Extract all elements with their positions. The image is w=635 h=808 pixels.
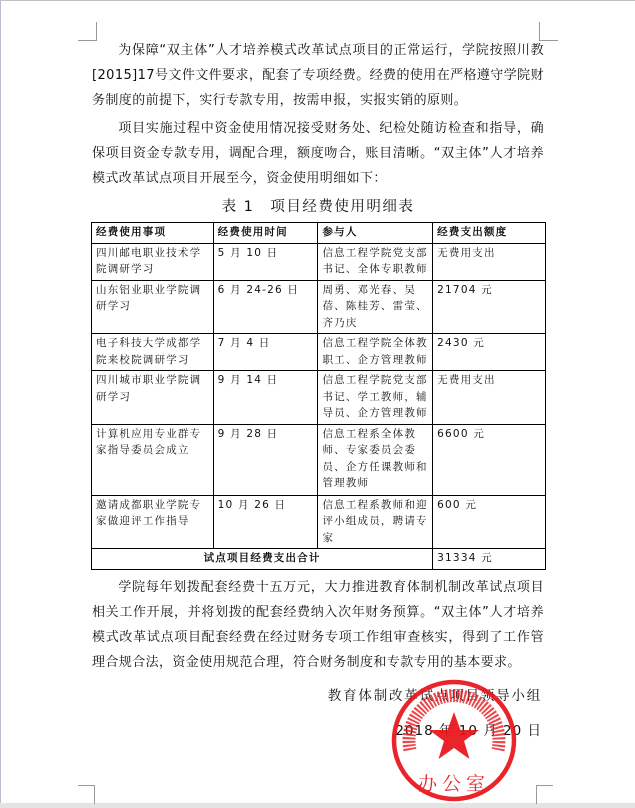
page-top-edge	[0, 0, 635, 1]
margin-marker-bottom-left	[78, 785, 95, 804]
cell-participants: 信息工程学院党支部书记、全体专职教师	[318, 243, 433, 280]
table-total-row: 试点项目经费支出合计 31334 元	[92, 549, 546, 570]
cell-amount: 无费用支出	[433, 243, 546, 280]
cell-item: 四川城市职业学院调研学习	[92, 371, 214, 425]
official-seal-stamp: 办公室	[390, 678, 518, 803]
star-icon	[429, 712, 479, 759]
table-row: 四川城市职业学院调研学习 9 月 14 日 信息工程学院党支部书记、学工教师，辅…	[92, 371, 546, 425]
cell-time: 9 月 14 日	[213, 371, 318, 425]
column-header-item: 经费使用事项	[92, 223, 214, 244]
column-header-time: 经费使用时间	[213, 223, 318, 244]
cell-item: 计算机应用专业群专家指导委员会成立	[92, 424, 214, 495]
table-row: 电子科技大学成都学院来校院调研学习 7 月 4 日 信息工程学院全体教职工、企方…	[92, 334, 546, 371]
paragraph-text: 学院每年划拨配套经费十五万元，大力推进教育体制机制改革试点项目相关工作开展，并将…	[92, 580, 544, 670]
table-row: 四川邮电职业技术学院调研学习 5 月 10 日 信息工程学院党支部书记、全体专职…	[92, 243, 546, 280]
paragraph-text: 为保障“双主体”人才培养模式改革试点项目的正常运行，学院按照川教[2015]17…	[92, 43, 544, 108]
cell-time: 10 月 26 日	[213, 495, 318, 549]
cell-amount: 21704 元	[433, 280, 546, 334]
paragraph-funding-basis: 为保障“双主体”人才培养模式改革试点项目的正常运行，学院按照川教[2015]17…	[92, 38, 544, 113]
table-caption: 表 1 项目经费使用明细表	[91, 195, 545, 216]
total-value: 31334 元	[433, 549, 546, 570]
cell-amount: 6600 元	[433, 424, 546, 495]
total-label: 试点项目经费支出合计	[92, 549, 433, 570]
cell-amount: 无费用支出	[433, 371, 546, 425]
table-header-row: 经费使用事项 经费使用时间 参与人 经费支出额度	[92, 223, 546, 244]
seal-center-text: 办公室	[418, 773, 490, 795]
cell-participants: 信息工程学院党支部书记、学工教师，辅导员、企方管理教师	[318, 371, 433, 425]
cell-amount: 600 元	[433, 495, 546, 549]
cell-item: 电子科技大学成都学院来校院调研学习	[92, 334, 214, 371]
cell-time: 7 月 4 日	[213, 334, 318, 371]
column-header-participants: 参与人	[318, 223, 433, 244]
paragraph-annual-funding: 学院每年划拨配套经费十五万元，大力推进教育体制机制改革试点项目相关工作开展，并将…	[92, 575, 544, 675]
cell-participants: 周勇、邓光春、吴蓓、陈桂芳、雷莹、齐乃庆	[318, 280, 433, 334]
cell-amount: 2430 元	[433, 334, 546, 371]
margin-marker-bottom-right	[536, 785, 553, 804]
cell-item: 四川邮电职业技术学院调研学习	[92, 243, 214, 280]
page-left-edge	[0, 0, 1, 803]
table-row: 计算机应用专业群专家指导委员会成立 9 月 28 日 信息工程系全体教师、专家委…	[92, 424, 546, 495]
table-row: 邀请成都职业学院专家做迎评工作指导 10 月 26 日 信息工程系教师和迎评小组…	[92, 495, 546, 549]
cell-time: 6 月 24-26 日	[213, 280, 318, 334]
paragraph-fund-supervision: 项目实施过程中资金使用情况接受财务处、纪检处随访检查和指导，确保项目资金专款专用…	[92, 116, 544, 191]
cell-time: 5 月 10 日	[213, 243, 318, 280]
table-row: 山东铝业职业学院调研学习 6 月 24-26 日 周勇、邓光春、吴蓓、陈桂芳、雷…	[92, 280, 546, 334]
expense-detail-table: 经费使用事项 经费使用时间 参与人 经费支出额度 四川邮电职业技术学院调研学习 …	[91, 222, 546, 570]
cell-item: 邀请成都职业学院专家做迎评工作指导	[92, 495, 214, 549]
column-header-amount: 经费支出额度	[433, 223, 546, 244]
paragraph-text: 项目实施过程中资金使用情况接受财务处、纪检处随访检查和指导，确保项目资金专款专用…	[92, 121, 544, 186]
cell-participants: 信息工程系全体教师、专家委员会委员、企方任课教师和管理教师	[318, 424, 433, 495]
cell-item: 山东铝业职业学院调研学习	[92, 280, 214, 334]
cell-participants: 信息工程学院全体教职工、企方管理教师	[318, 334, 433, 371]
cell-participants: 信息工程系教师和迎评小组成员，聘请专家	[318, 495, 433, 549]
cell-time: 9 月 28 日	[213, 424, 318, 495]
